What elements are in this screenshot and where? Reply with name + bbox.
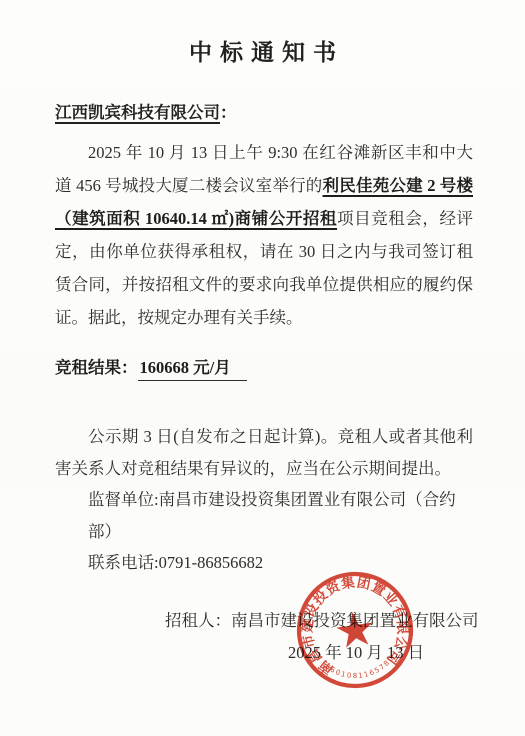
publicity-notice: 公示期 3 日(自发布之日起计算)。竞租人或者其他利害关系人对竞租结果有异议的，… (55, 421, 473, 484)
page-title: 中标通知书 (0, 0, 525, 70)
award-notice-document: 中标通知书 江西凯宾科技有限公司： 2025 年 10 月 13 日上午 9:3… (0, 0, 525, 736)
lessor-signature-line: 招租人：南昌市建设投资集团置业有限公司 (165, 609, 479, 632)
supervisor-line: 监督单位:南昌市建设投资集团置业有限公司（合约部） (88, 484, 473, 547)
recipient-line: 江西凯宾科技有限公司： (55, 102, 470, 124)
bid-result-value: 160668 元/月 (138, 356, 247, 381)
bid-result-label: 竞租结果： (55, 358, 138, 377)
body-paragraph: 2025 年 10 月 13 日上午 9:30 在红谷滩新区丰和中大道 456 … (55, 136, 473, 334)
recipient-name: 江西凯宾科技有限公司 (55, 103, 220, 122)
signature-date: 2025 年 10 月 13 日 (288, 641, 424, 664)
recipient-colon: ： (220, 103, 237, 122)
bid-result-line: 竞租结果：160668 元/月 (55, 356, 473, 381)
contact-phone-line: 联系电话:0791-86856682 (88, 547, 473, 579)
